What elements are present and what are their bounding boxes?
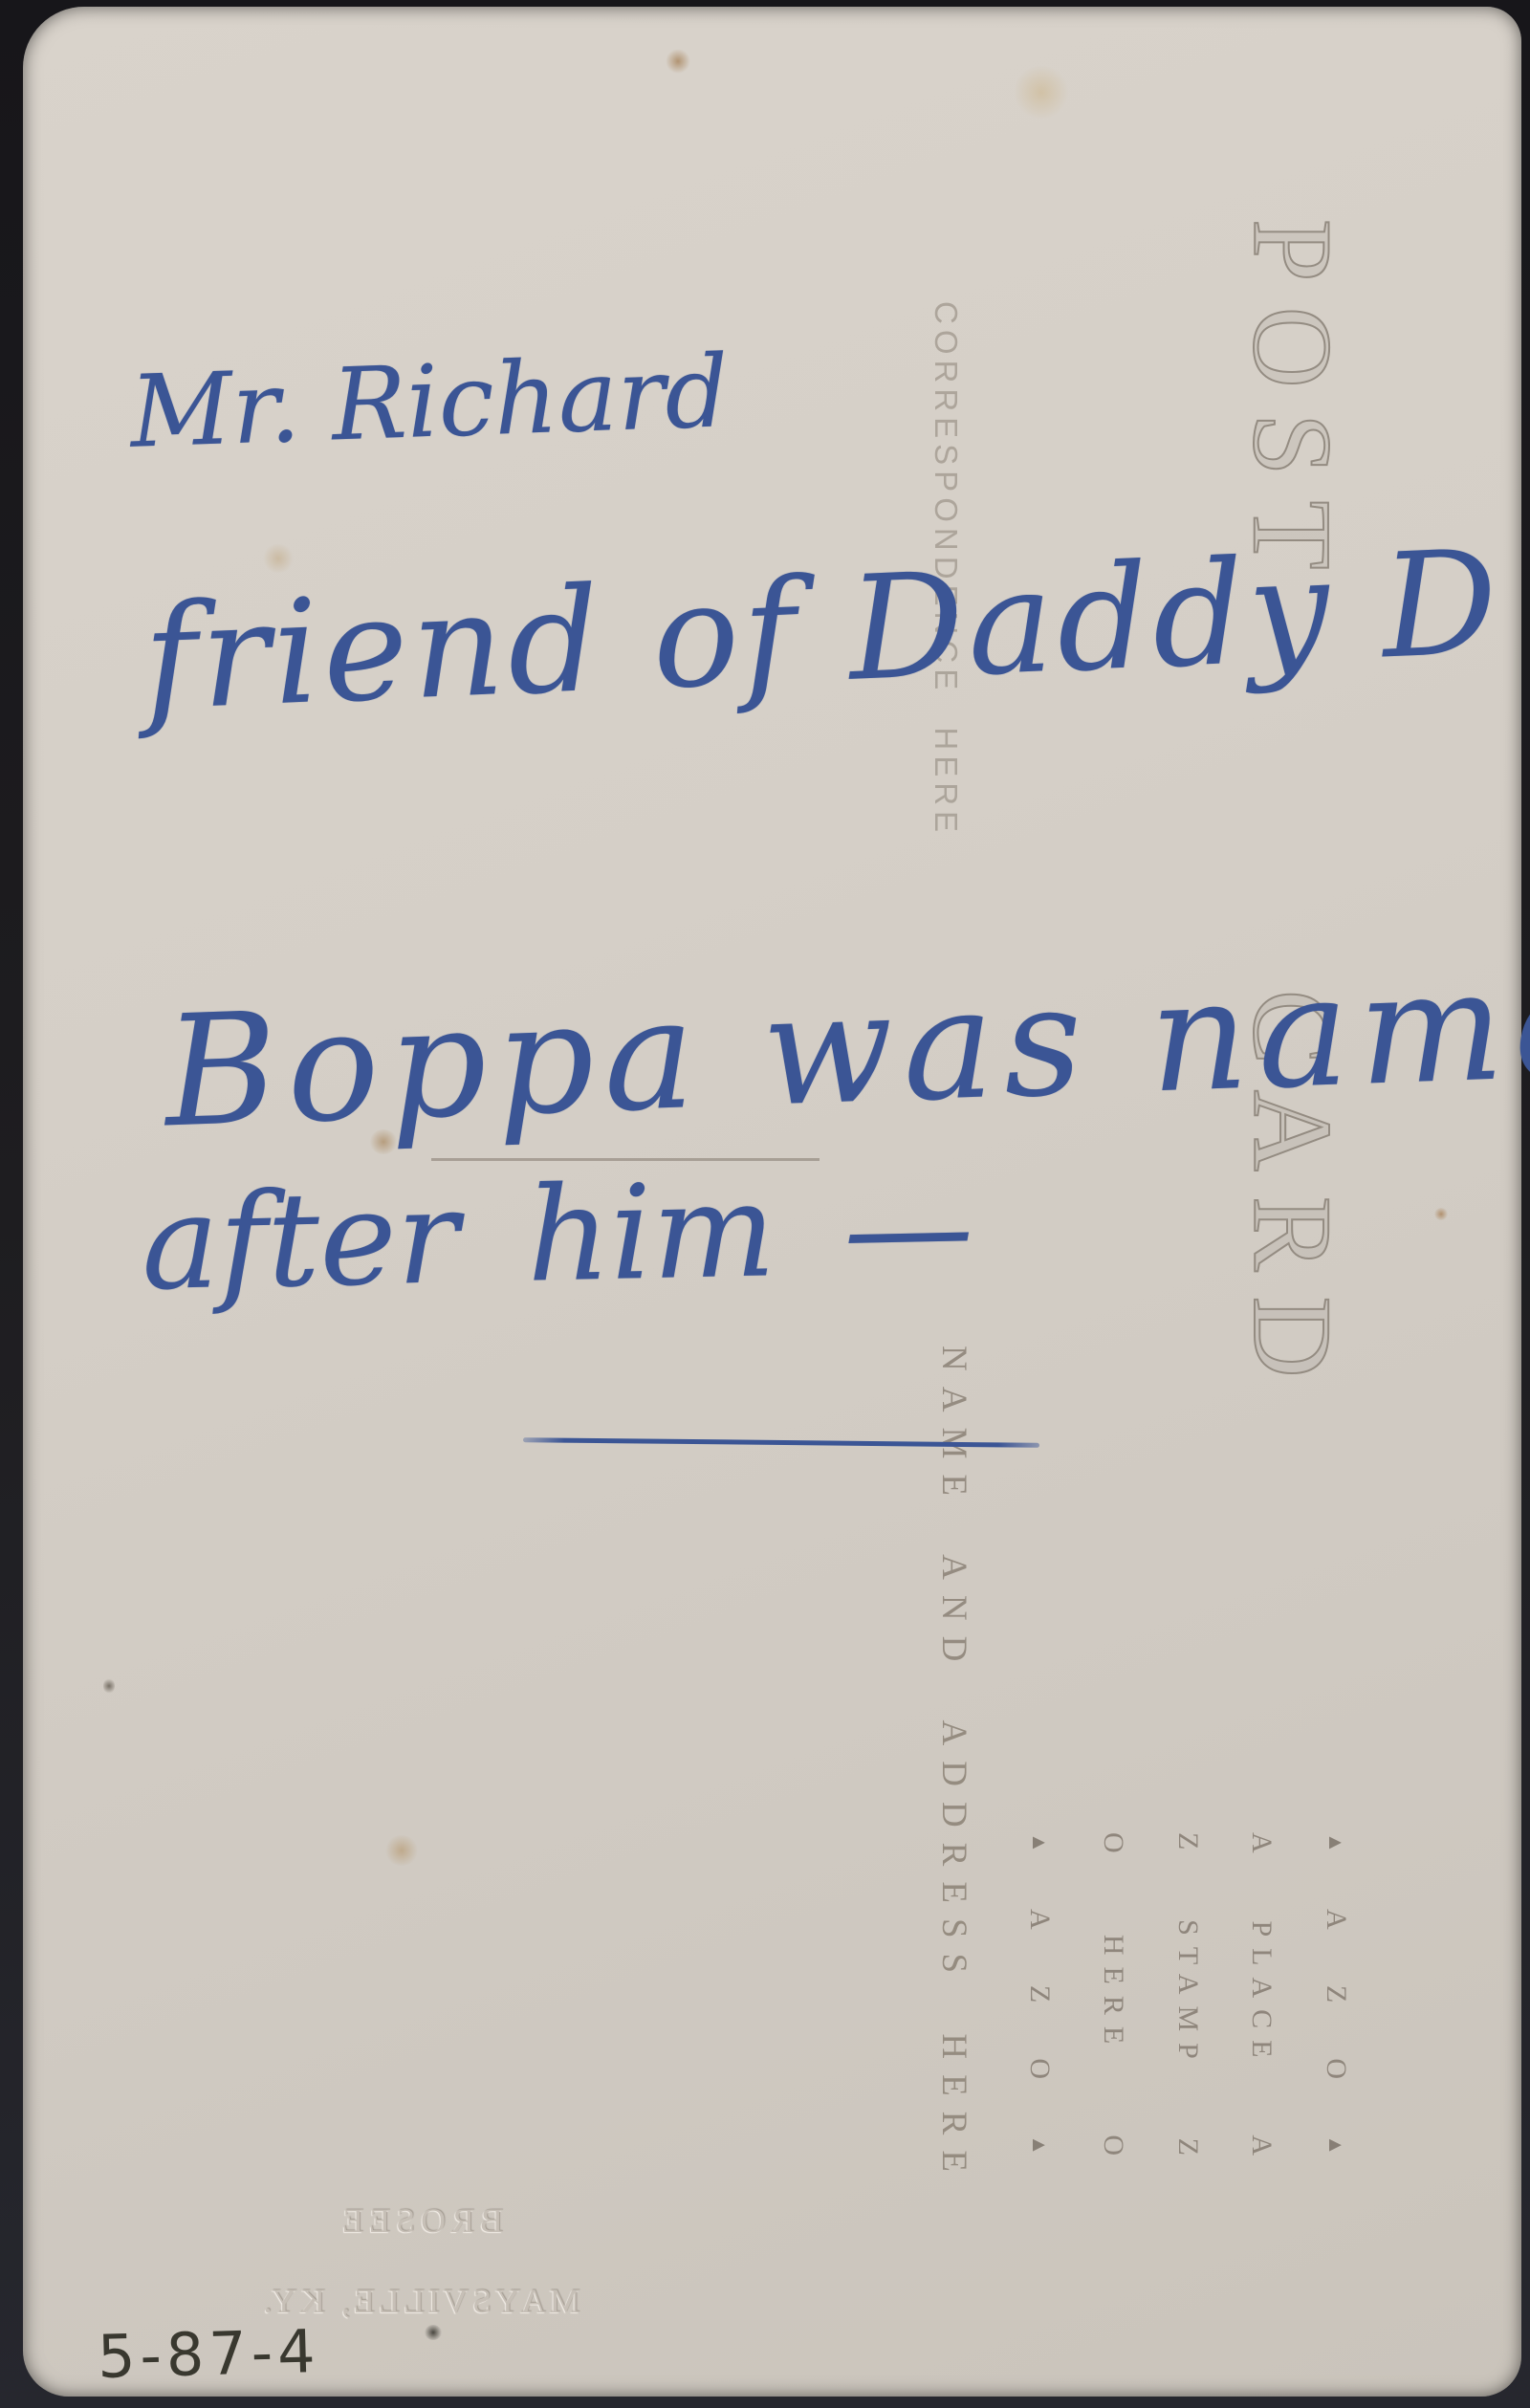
place-stamp-here-text: STAMP bbox=[1171, 1919, 1204, 2070]
azo-letter: Z bbox=[1023, 1985, 1056, 2004]
azo-letter: O bbox=[1098, 1832, 1130, 1855]
paper-stain bbox=[262, 544, 295, 573]
place-stamp-here-text: HERE bbox=[1098, 1935, 1130, 2055]
azo-triangle-icon: ▲ bbox=[1322, 2134, 1350, 2157]
handwriting-line-4: after him — bbox=[140, 1151, 974, 1320]
stamp-box-border-top: ▲ A Z O ▲ bbox=[1320, 1832, 1352, 2157]
name-and-address-here-label: NAME AND ADDRESS HERE bbox=[926, 1346, 981, 2187]
paper-stain bbox=[1013, 66, 1070, 119]
stamp-box-border-bottom: ▲ A Z O ▲ bbox=[1023, 1832, 1056, 2157]
azo-letter: O bbox=[1320, 2058, 1352, 2081]
azo-letter: O bbox=[1023, 2058, 1056, 2081]
paper-stain bbox=[666, 49, 690, 74]
azo-letter: O bbox=[1098, 2134, 1130, 2157]
place-stamp-here-text: PLACE bbox=[1246, 1920, 1279, 2069]
stamp-box-row-place: A PLACE A bbox=[1246, 1832, 1279, 2157]
azo-letter: Z bbox=[1171, 1832, 1204, 1851]
paper-stain bbox=[384, 1835, 419, 1866]
handwriting-line-1: Mr. Richard bbox=[128, 333, 731, 471]
paper-speck bbox=[425, 2325, 442, 2340]
azo-triangle-icon: ▲ bbox=[1025, 1832, 1054, 1855]
azo-triangle-icon: ▲ bbox=[1025, 2134, 1054, 2157]
azo-letter: Z bbox=[1171, 2138, 1204, 2157]
embossed-studio-city: MAYSVILLE, KY. bbox=[214, 2281, 625, 2321]
paper-stain bbox=[369, 1129, 398, 1154]
azo-letter: A bbox=[1320, 1909, 1352, 1932]
post-card-title: POST CARD bbox=[1230, 219, 1354, 1403]
pencil-note: 5-87-4 bbox=[97, 2316, 320, 2392]
paper-speck bbox=[103, 1678, 115, 1694]
stamp-box-row-stamp: Z STAMP Z bbox=[1171, 1832, 1204, 2157]
paper-speck bbox=[1434, 1208, 1448, 1220]
postcard-back: POST CARD CORRESPONDENCE HERE NAME AND A… bbox=[23, 7, 1521, 2397]
azo-letter: A bbox=[1246, 1832, 1279, 1855]
azo-letter: A bbox=[1023, 1909, 1056, 1932]
azo-stamp-box: ▲ A Z O ▲ A PLACE A Z STAMP Z O HERE O bbox=[1019, 1825, 1356, 2165]
azo-letter: Z bbox=[1320, 1985, 1352, 2004]
stamp-box-row-here: O HERE O bbox=[1098, 1832, 1130, 2157]
printed-divider-line bbox=[431, 1158, 820, 1161]
embossed-studio-name: BROSEE bbox=[300, 2200, 539, 2241]
azo-triangle-icon: ▲ bbox=[1322, 1832, 1350, 1855]
scan-background: POST CARD CORRESPONDENCE HERE NAME AND A… bbox=[0, 0, 1530, 2408]
azo-letter: A bbox=[1246, 2134, 1279, 2157]
